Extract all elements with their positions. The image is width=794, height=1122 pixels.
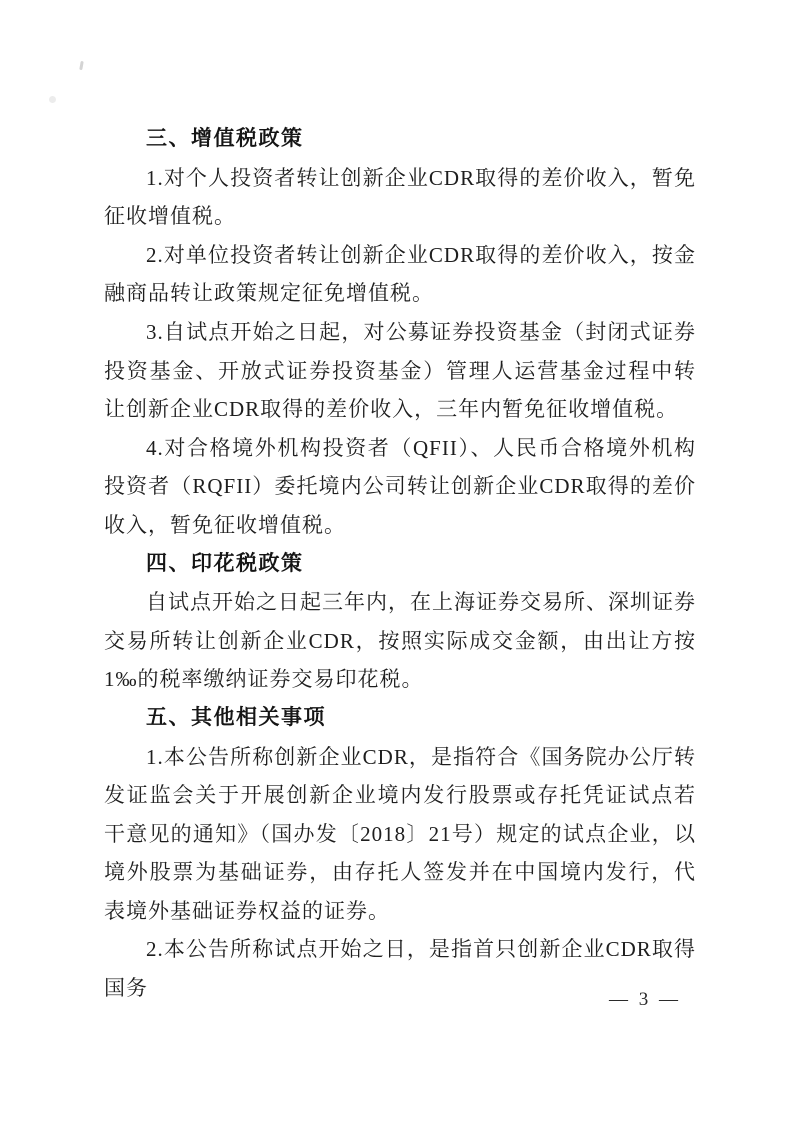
section-heading-other-matters: 五、其他相关事项: [104, 699, 696, 738]
scan-speck: [79, 61, 84, 70]
paragraph: 3.自试点开始之日起，对公募证券投资基金（封闭式证券投资基金、开放式证券投资基金…: [104, 313, 696, 429]
paragraph: 1.本公告所称创新企业CDR，是指符合《国务院办公厅转发证监会关于开展创新企业境…: [104, 738, 696, 931]
paragraph: 2.对单位投资者转让创新企业CDR取得的差价收入，按金融商品转让政策规定征免增值…: [104, 236, 696, 313]
section-heading-stamp-tax-policy: 四、印花税政策: [104, 545, 696, 584]
section-heading-vat-policy: 三、增值税政策: [104, 120, 696, 159]
paragraph: 4.对合格境外机构投资者（QFII）、人民币合格境外机构投资者（RQFII）委托…: [104, 429, 696, 545]
scan-speck: [49, 96, 56, 103]
paragraph: 自试点开始之日起三年内，在上海证券交易所、深圳证券交易所转让创新企业CDR，按照…: [104, 583, 696, 699]
document-page: 三、增值税政策 1.对个人投资者转让创新企业CDR取得的差价收入，暂免征收增值税…: [0, 0, 794, 1122]
page-number: — 3 —: [600, 989, 690, 1011]
paragraph: 1.对个人投资者转让创新企业CDR取得的差价收入，暂免征收增值税。: [104, 159, 696, 236]
document-content: 三、增值税政策 1.对个人投资者转让创新企业CDR取得的差价收入，暂免征收增值税…: [104, 120, 696, 1008]
